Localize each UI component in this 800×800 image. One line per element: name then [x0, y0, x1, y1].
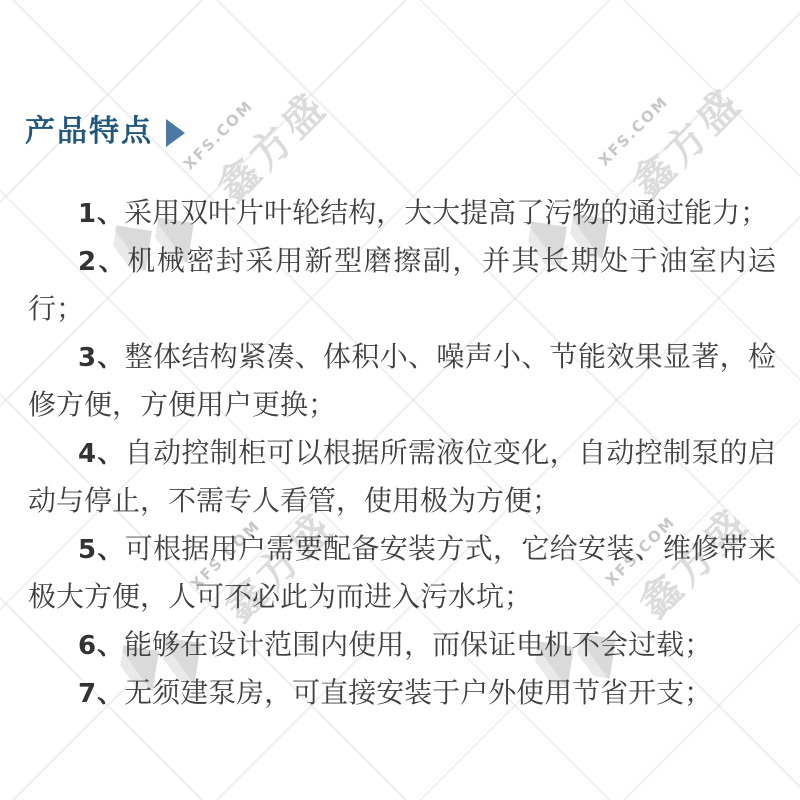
- feature-text: 采用双叶片叶轮结构，大大提高了污物的通过能力；: [124, 198, 768, 229]
- feature-number: 4、: [78, 439, 125, 469]
- feature-number: 3、: [78, 343, 125, 373]
- feature-number: 6、: [78, 631, 124, 661]
- feature-text: 可根据用户需要配备安装方式，它给安装、维修带来极大方便，人可不必此为而进入污水坑…: [28, 534, 776, 613]
- play-triangle-icon: [166, 119, 185, 147]
- feature-text: 无须建泵房，可直接安装于户外使用节省开支；: [124, 678, 712, 709]
- feature-text: 能够在设计范围内使用，而保证电机不会过载；: [124, 630, 712, 661]
- section-header: 产品特点: [25, 112, 185, 152]
- page-title: 产品特点: [25, 112, 153, 152]
- feature-item-5: 5、可根据用户需要配备安装方式，它给安装、维修带来极大方便，人可不必此为而进入污…: [28, 526, 776, 622]
- feature-item-3: 3、整体结构紧凑、体积小、噪声小、节能效果显著，检修方便，方便用户更换；: [28, 334, 776, 430]
- feature-item-6: 6、能够在设计范围内使用，而保证电机不会过载；: [28, 622, 776, 670]
- watermark-brand-text: 鑫方盛: [618, 73, 754, 209]
- feature-text: 自动控制柜可以根据所需液位变化，自动控制泵的启动与停止，不需专人看管，使用极为方…: [28, 438, 776, 517]
- feature-number: 1、: [78, 199, 124, 229]
- feature-text: 机械密封采用新型磨擦副，并其长期处于油室内运行；: [28, 246, 776, 325]
- feature-item-7: 7、无须建泵房，可直接安装于户外使用节省开支；: [28, 670, 776, 718]
- feature-item-2: 2、机械密封采用新型磨擦副，并其长期处于油室内运行；: [28, 238, 776, 334]
- feature-number: 5、: [78, 535, 125, 565]
- feature-number: 7、: [78, 679, 124, 709]
- feature-item-1: 1、采用双叶片叶轮结构，大大提高了污物的通过能力；: [28, 190, 776, 238]
- product-features-page: XFS.COM 鑫方盛 XFS.COM 鑫方盛 XFS.COM 鑫方盛 XFS.…: [0, 0, 800, 800]
- feature-list: 1、采用双叶片叶轮结构，大大提高了污物的通过能力； 2、机械密封采用新型磨擦副，…: [28, 190, 776, 718]
- feature-text: 整体结构紧凑、体积小、噪声小、节能效果显著，检修方便，方便用户更换；: [28, 342, 776, 421]
- feature-number: 2、: [78, 247, 127, 277]
- feature-item-4: 4、自动控制柜可以根据所需液位变化，自动控制泵的启动与停止，不需专人看管，使用极…: [28, 430, 776, 526]
